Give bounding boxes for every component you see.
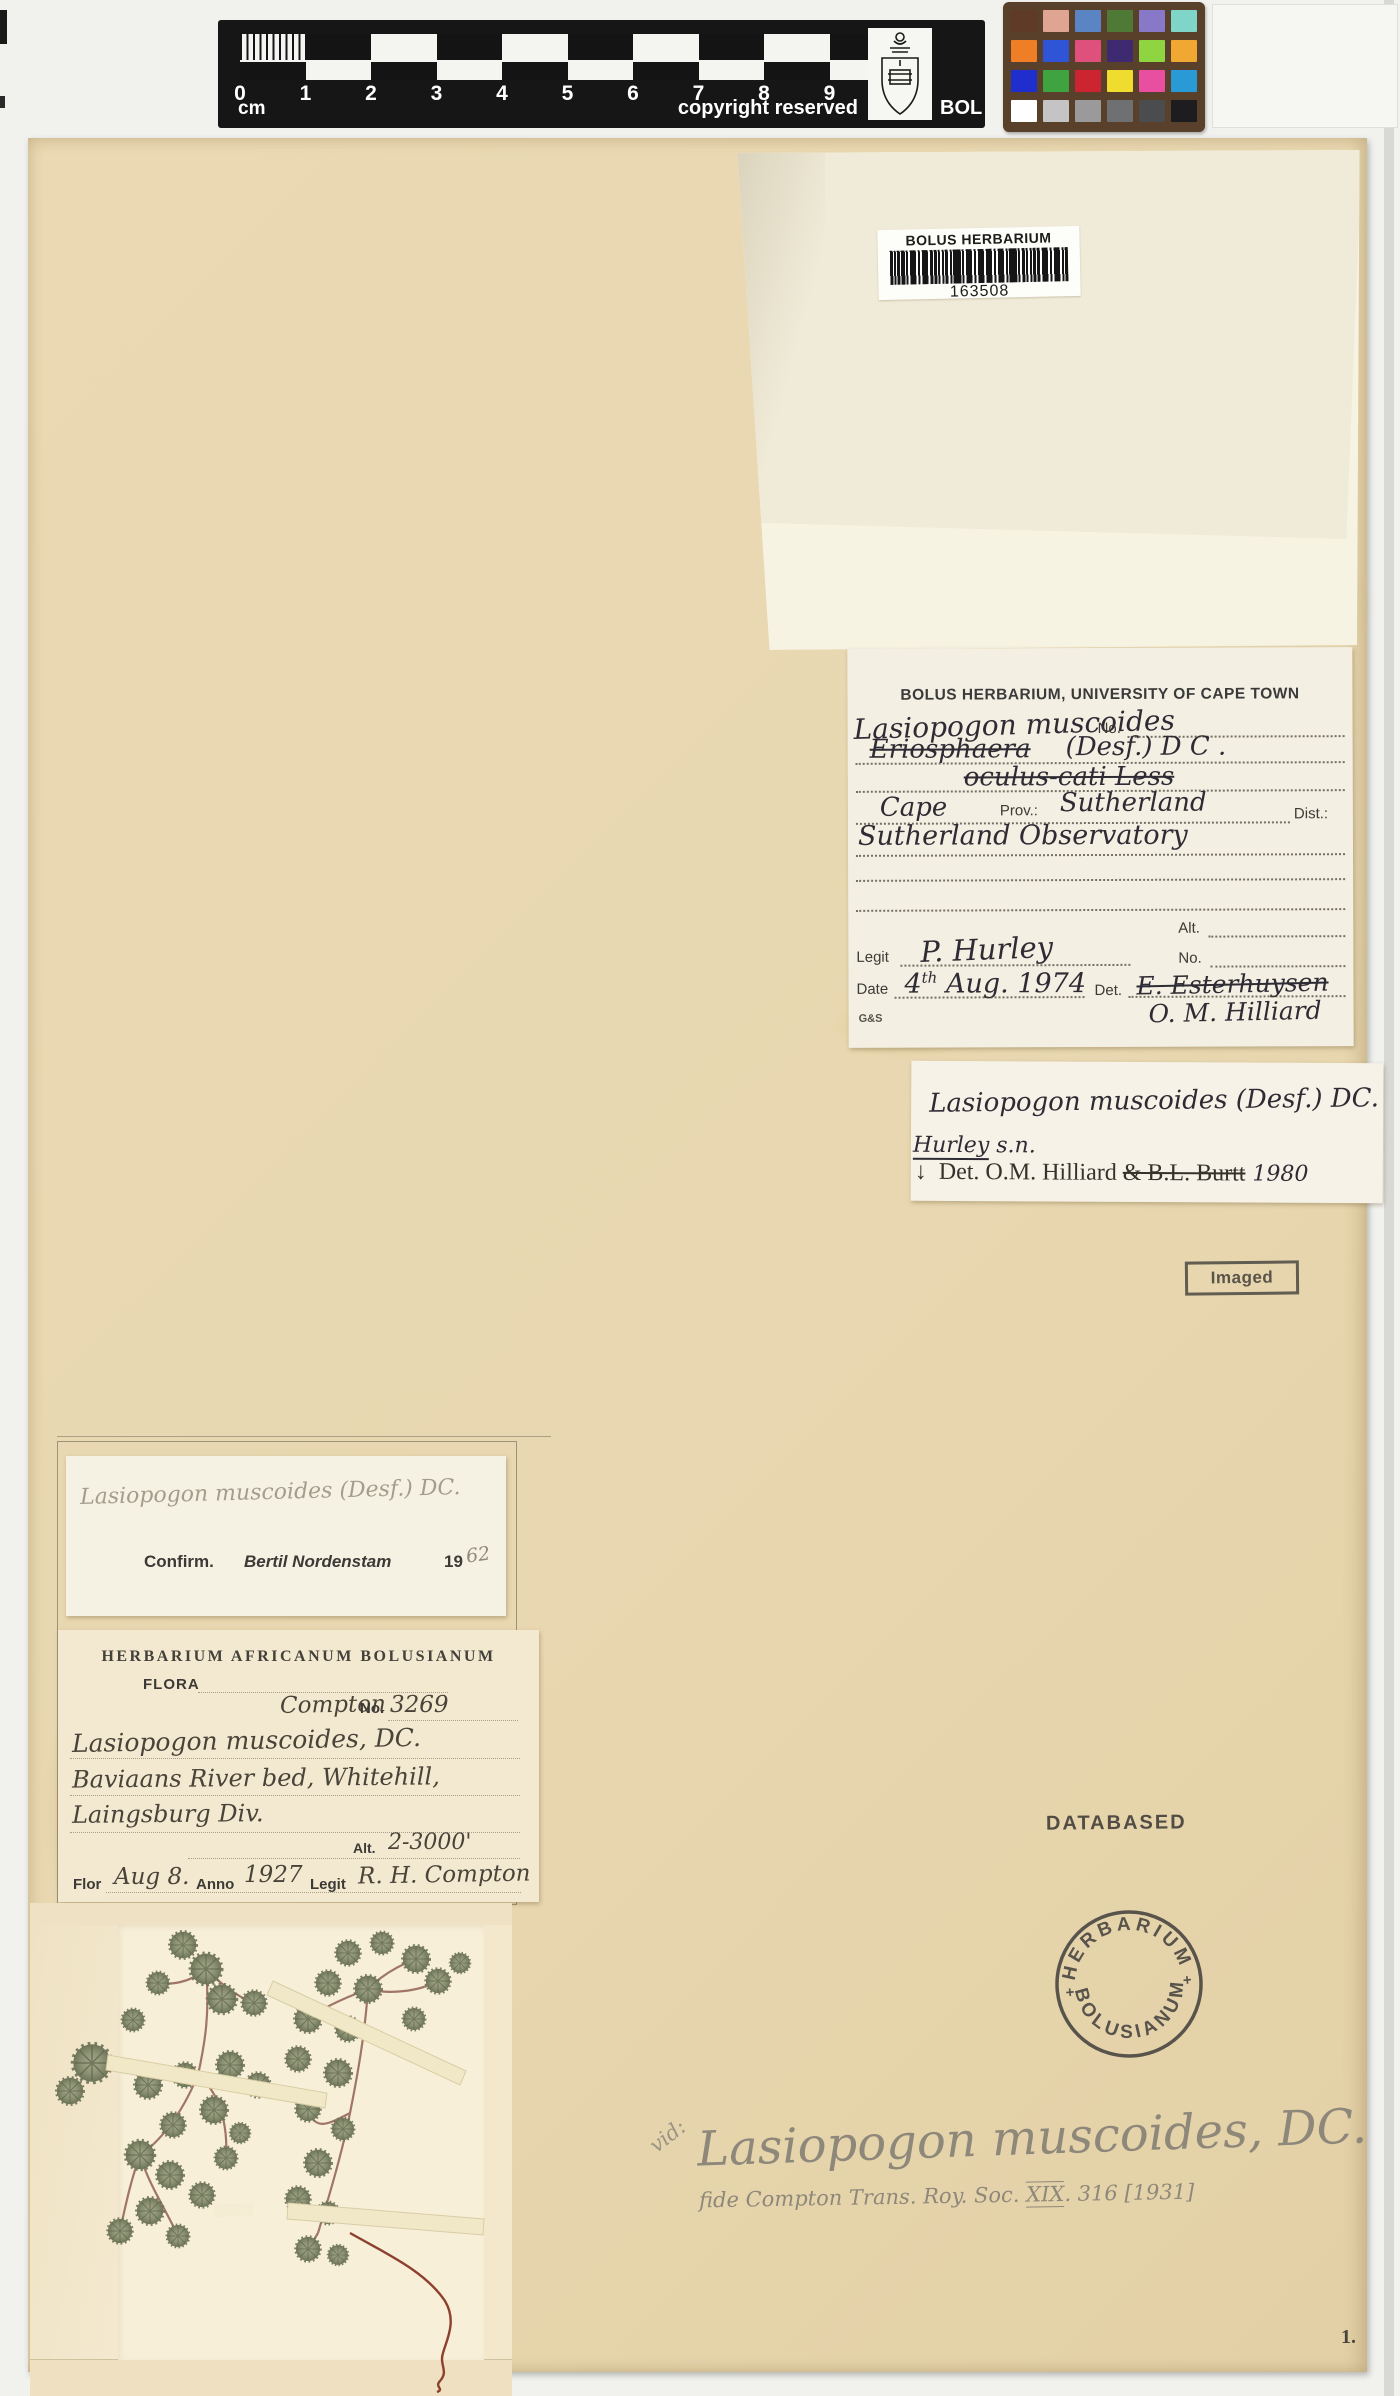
compton-alt-label: Alt. — [353, 1840, 376, 1856]
ruler-mm-hatch — [240, 34, 306, 60]
collect-number-hand: 3269 — [390, 1692, 449, 1718]
det-slip-determiner: Det. O.M. Hilliard & B.L. Burtt 1980 — [939, 1159, 1309, 1188]
color-patch — [1011, 70, 1037, 92]
barcode-title: BOLUS HERBARIUM — [877, 229, 1079, 249]
ruler-number: 2 — [356, 82, 386, 106]
uct-label-header: BOLUS HERBARIUM, UNIVERSITY OF CAPE TOWN — [847, 685, 1352, 705]
color-patch — [1171, 40, 1197, 62]
det-name-handwritten: O. M. Hilliard — [1148, 996, 1322, 1029]
date-handwritten: 4th Aug. 1974 — [904, 968, 1086, 1000]
page-number: 1. — [1341, 2326, 1356, 2349]
prov-label: Prov.: — [1000, 802, 1038, 819]
color-patch — [1171, 70, 1197, 92]
color-patch — [1107, 10, 1133, 32]
color-patch — [1107, 100, 1133, 122]
imaged-stamp: Imaged — [1185, 1260, 1299, 1295]
ruler-block — [568, 34, 634, 60]
compton-species-hand: Lasiopogon muscoides, DC. — [72, 1723, 421, 1758]
determination-slip: Lasiopogon muscoides (Desf.) DC. Hurley … — [911, 1061, 1384, 1203]
plant-root — [350, 2233, 451, 2392]
ruler-block — [699, 34, 765, 60]
color-patch — [1139, 100, 1165, 122]
ruler-number: 3 — [422, 82, 452, 106]
alt-label: Alt. — [1178, 920, 1200, 937]
ruler-band — [240, 34, 895, 80]
district-handwritten: Sutherland — [1060, 788, 1207, 819]
barcode-icon — [890, 247, 1069, 285]
databased-stamp: DATABASED — [1046, 1811, 1187, 1835]
confirm-label: Lasiopogon muscoides (Desf.) DC. Confirm… — [66, 1456, 506, 1616]
compton-no-label: No. — [360, 1700, 384, 1717]
arrow-icon: ↓ — [915, 1159, 927, 1186]
confirm-name: Bertil Nordenstam — [244, 1552, 391, 1572]
color-patch — [1011, 40, 1037, 62]
color-patch — [1043, 10, 1069, 32]
compton-label: HERBARIUM AFRICANUM BOLUSIANUM FLORA Com… — [58, 1630, 539, 1902]
color-patch — [1011, 10, 1037, 32]
ruler-block — [764, 62, 830, 80]
specimen-envelope: BOLUS HERBARIUM 163508 — [735, 150, 1362, 650]
ruler-block — [437, 34, 503, 60]
bol-code: BOL — [940, 97, 982, 120]
uct-label: BOLUS HERBARIUM, UNIVERSITY OF CAPE TOWN… — [847, 647, 1353, 1048]
confirm-word: Confirm. — [144, 1552, 214, 1572]
barcode-label: BOLUS HERBARIUM 163508 — [877, 226, 1080, 300]
province-handwritten: Cape — [880, 793, 948, 823]
uct-crest-box — [868, 28, 932, 120]
herbarium-scan: 012345678910 cm copyright reserved BOL — [0, 0, 1400, 2396]
scanner-edge — [1384, 0, 1394, 2396]
color-patch — [1171, 100, 1197, 122]
author-handwritten: (Desf.) D C . — [1066, 732, 1227, 763]
stamp-top-text: HERBARIUM — [1053, 1907, 1197, 1984]
stamp-left-mark: + — [1065, 1984, 1076, 2002]
compton-locality1: Baviaans River bed, Whitehill, — [72, 1762, 440, 1793]
ruler-number: 1 — [291, 82, 321, 106]
color-patch — [1075, 70, 1101, 92]
photo-scale-bar: 012345678910 cm copyright reserved BOL — [218, 20, 985, 128]
scanner-lid-panel — [1212, 4, 1398, 128]
uct-crest-icon — [868, 28, 932, 120]
compton-legit-label: Legit — [310, 1876, 346, 1893]
herbarium-round-stamp: HERBARIUM BOLUSIANUM + + — [1043, 1898, 1214, 2069]
ruler-block — [240, 62, 306, 80]
printer-mark: G&S — [859, 1013, 883, 1025]
crossed-genus: Eriosphaera — [870, 734, 1031, 765]
no-label-2: No. — [1178, 950, 1201, 967]
color-checker-card — [1003, 2, 1205, 132]
flor-value: Aug 8. — [114, 1864, 189, 1890]
color-patch — [1043, 40, 1069, 62]
color-patch — [1043, 70, 1069, 92]
color-patch — [1139, 10, 1165, 32]
det-label: Det. — [1094, 982, 1122, 999]
color-patch — [1043, 100, 1069, 122]
confirm-species-pencil: Lasiopogon muscoides (Desf.) DC. — [80, 1475, 461, 1510]
compton-altitude: 2-3000' — [388, 1830, 471, 1855]
color-patch — [1075, 40, 1101, 62]
det-slip-collector: Hurley s.n. — [913, 1133, 1036, 1159]
compton-legit-value: R. H. Compton — [358, 1860, 531, 1889]
anno-value: 1927 — [244, 1862, 303, 1888]
color-patch — [1139, 70, 1165, 92]
ruler-number: 4 — [487, 82, 517, 106]
anno-label: Anno — [196, 1876, 234, 1893]
ruler-block — [306, 34, 372, 60]
legit-label: Legit — [856, 949, 889, 966]
ruler-block — [502, 62, 568, 80]
pressed-plant-specimens — [30, 1903, 512, 2396]
compton-header: HERBARIUM AFRICANUM BOLUSIANUM — [58, 1648, 539, 1666]
det-slip-species: Lasiopogon muscoides (Desf.) DC. — [929, 1083, 1379, 1118]
svg-text:HERBARIUM: HERBARIUM — [1053, 1907, 1197, 1984]
confirm-year-hand: 62 — [465, 1542, 492, 1567]
color-patch — [1075, 10, 1101, 32]
color-patch — [1107, 70, 1133, 92]
copyright-text: copyright reserved — [568, 97, 858, 120]
compton-locality2: Laingsburg Div. — [72, 1799, 264, 1829]
ruler-block — [633, 62, 699, 80]
ruler-block — [371, 62, 437, 80]
collector-handwritten: P. Hurley — [920, 930, 1054, 969]
color-patch — [1011, 100, 1037, 122]
scan-edge-mark — [0, 10, 7, 44]
flora-label: FLORA — [143, 1676, 200, 1693]
date-label: Date — [856, 981, 888, 998]
pencil-line — [57, 1436, 551, 1437]
confirm-year-printed: 19 — [444, 1552, 463, 1572]
dist-label: Dist.: — [1294, 805, 1328, 822]
flor-label: Flor — [73, 1876, 101, 1893]
color-patch — [1139, 40, 1165, 62]
scan-edge-mark — [0, 96, 5, 108]
envelope-flap — [735, 150, 1362, 551]
color-patch — [1075, 100, 1101, 122]
ruler-unit-label: cm — [238, 98, 265, 120]
stamp-right-mark: + — [1182, 1971, 1193, 1989]
color-patch — [1171, 10, 1197, 32]
color-patch — [1107, 40, 1133, 62]
locality-handwritten: Sutherland Observatory — [858, 820, 1188, 852]
